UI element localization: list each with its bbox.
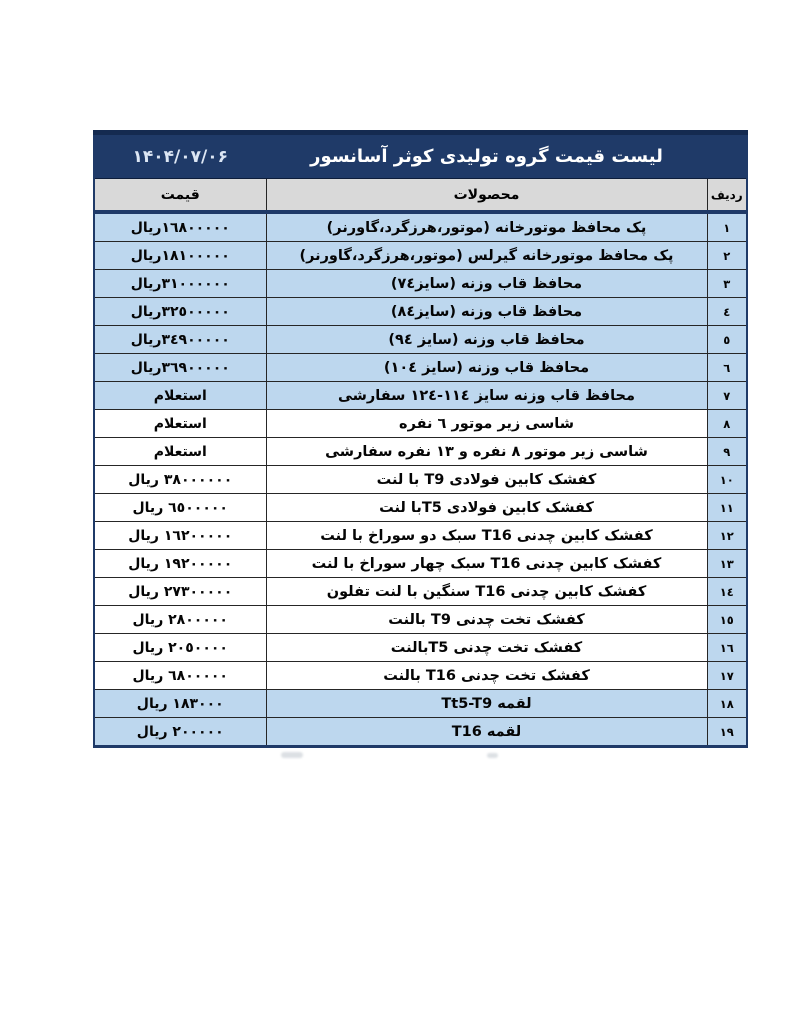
row-number-cell: ١٦ — [707, 634, 747, 662]
product-cell: کفشک تخت چدنی T9 بالنت — [266, 606, 707, 634]
product-cell: شاسی زیر موتور ٦ نفره — [266, 410, 707, 438]
price-cell: ٢٨٠٠٠٠٠ ریال — [94, 606, 266, 634]
table-row: ٢پک محافظ موتورخانه گیرلس (موتور،هرزگرد،… — [94, 242, 747, 270]
price-cell: ٣٤٩٠٠٠٠٠ریال — [94, 326, 266, 354]
product-cell: پک محافظ موتورخانه گیرلس (موتور،هرزگرد،گ… — [266, 242, 707, 270]
table-row: ١١کفشک کابین فولادی T5با لنت٦٥٠٠٠٠٠ ریال — [94, 494, 747, 522]
product-cell: کفشک تخت چدنی T16 بالنت — [266, 662, 707, 690]
row-number-cell: ١٧ — [707, 662, 747, 690]
table-row: ١٠کفشک کابین فولادی T9 با لنت٣٨٠٠٠٠٠٠ ری… — [94, 466, 747, 494]
price-cell: ١٨١٠٠٠٠٠ریال — [94, 242, 266, 270]
document-title: لیست قیمت گروه تولیدی کوثر آسانسور — [266, 133, 707, 179]
row-number-cell: ١٤ — [707, 578, 747, 606]
price-cell: ٣٨٠٠٠٠٠٠ ریال — [94, 466, 266, 494]
product-cell: محافظ قاب وزنه (سایز٨٤) — [266, 298, 707, 326]
table-row: ٨شاسی زیر موتور ٦ نفرهاستعلام — [94, 410, 747, 438]
price-cell: ٦٨٠٠٠٠٠ ریال — [94, 662, 266, 690]
table-row: ٧محافظ قاب وزنه سایز ١١٤-١٢٤ سفارشیاستعل… — [94, 382, 747, 410]
product-cell: محافظ قاب وزنه (سایز٧٤) — [266, 270, 707, 298]
product-cell: لقمه T16 — [266, 718, 707, 747]
product-cell: کفشک کابین چدنی T16 سبک دو سوراخ با لنت — [266, 522, 707, 550]
price-list-table: لیست قیمت گروه تولیدی کوثر آسانسور ۱۴۰۴/… — [93, 130, 748, 748]
row-number-cell: ١١ — [707, 494, 747, 522]
product-cell: محافظ قاب وزنه (سایز ١٠٤) — [266, 354, 707, 382]
row-number-cell: ١٨ — [707, 690, 747, 718]
product-cell: کفشک کابین چدنی T16 سبک چهار سوراخ با لن… — [266, 550, 707, 578]
table-row: ١٨لقمه Tt5-T9١٨٣٠٠٠ ریال — [94, 690, 747, 718]
price-cell: استعلام — [94, 438, 266, 466]
row-number-cell: ٥ — [707, 326, 747, 354]
price-cell: استعلام — [94, 410, 266, 438]
product-cell: محافظ قاب وزنه سایز ١١٤-١٢٤ سفارشی — [266, 382, 707, 410]
price-cell: ٢٠٥٠٠٠٠ ریال — [94, 634, 266, 662]
price-cell: ١٦٨٠٠٠٠٠ریال — [94, 212, 266, 242]
table-row: ١٩لقمه T16٢٠٠٠٠٠ ریال — [94, 718, 747, 747]
table-row: ١٣کفشک کابین چدنی T16 سبک چهار سوراخ با … — [94, 550, 747, 578]
row-number-cell: ٨ — [707, 410, 747, 438]
price-cell: ٦٥٠٠٠٠٠ ریال — [94, 494, 266, 522]
price-cell: ١٦٢٠٠٠٠٠ ریال — [94, 522, 266, 550]
price-list-date: ۱۴۰۴/۰۷/۰۶ — [94, 133, 266, 179]
column-header-price: قیمت — [94, 179, 266, 213]
row-number-cell: ٧ — [707, 382, 747, 410]
row-number-cell: ١٥ — [707, 606, 747, 634]
row-number-cell: ١ — [707, 212, 747, 242]
product-cell: شاسی زیر موتور ٨ نفره و ١٣ نفره سفارشی — [266, 438, 707, 466]
row-number-cell: ٣ — [707, 270, 747, 298]
row-number-cell: ١٩ — [707, 718, 747, 747]
price-cell: ٣٢٥٠٠٠٠٠ریال — [94, 298, 266, 326]
product-cell: پک محافظ موتورخانه (موتور،هرزگرد،گاورنر) — [266, 212, 707, 242]
row-number-cell: ٤ — [707, 298, 747, 326]
price-cell: ١٨٣٠٠٠ ریال — [94, 690, 266, 718]
table-row: ١پک محافظ موتورخانه (موتور،هرزگرد،گاورنر… — [94, 212, 747, 242]
table-row: ١٦کفشک تخت چدنی T5بالنت٢٠٥٠٠٠٠ ریال — [94, 634, 747, 662]
price-cell: استعلام — [94, 382, 266, 410]
product-cell: لقمه Tt5-T9 — [266, 690, 707, 718]
table-row: ١٧کفشک تخت چدنی T16 بالنت٦٨٠٠٠٠٠ ریال — [94, 662, 747, 690]
scan-artifact — [281, 752, 303, 758]
column-header-row-number: ردیف — [707, 179, 747, 213]
scan-artifact — [487, 753, 498, 758]
price-cell: ٣١٠٠٠٠٠٠ریال — [94, 270, 266, 298]
table-row: ٤محافظ قاب وزنه (سایز٨٤)٣٢٥٠٠٠٠٠ریال — [94, 298, 747, 326]
page: لیست قیمت گروه تولیدی کوثر آسانسور ۱۴۰۴/… — [0, 0, 789, 1024]
row-number-cell: ١٣ — [707, 550, 747, 578]
row-number-cell: ٢ — [707, 242, 747, 270]
product-cell: کفشک کابین فولادی T9 با لنت — [266, 466, 707, 494]
product-cell: محافظ قاب وزنه (سایز ٩٤) — [266, 326, 707, 354]
table-row: ٥محافظ قاب وزنه (سایز ٩٤)٣٤٩٠٠٠٠٠ریال — [94, 326, 747, 354]
title-band-corner — [707, 133, 747, 179]
price-cell: ٣٦٩٠٠٠٠٠ریال — [94, 354, 266, 382]
table-row: ٣محافظ قاب وزنه (سایز٧٤)٣١٠٠٠٠٠٠ریال — [94, 270, 747, 298]
table-row: ٩شاسی زیر موتور ٨ نفره و ١٣ نفره سفارشیا… — [94, 438, 747, 466]
table-row: ٦محافظ قاب وزنه (سایز ١٠٤)٣٦٩٠٠٠٠٠ریال — [94, 354, 747, 382]
row-number-cell: ٩ — [707, 438, 747, 466]
title-band: لیست قیمت گروه تولیدی کوثر آسانسور ۱۴۰۴/… — [94, 133, 747, 179]
price-cell: ١٩٢٠٠٠٠٠ ریال — [94, 550, 266, 578]
row-number-cell: ١٠ — [707, 466, 747, 494]
price-cell: ٢٠٠٠٠٠ ریال — [94, 718, 266, 747]
table-row: ١٤کفشک کابین چدنی T16 سنگین با لنت تفلون… — [94, 578, 747, 606]
price-cell: ٢٧٣٠٠٠٠٠ ریال — [94, 578, 266, 606]
column-header-row: ردیف محصولات قیمت — [94, 179, 747, 213]
product-cell: کفشک تخت چدنی T5بالنت — [266, 634, 707, 662]
price-table-body: ١پک محافظ موتورخانه (موتور،هرزگرد،گاورنر… — [94, 212, 747, 747]
row-number-cell: ٦ — [707, 354, 747, 382]
table-row: ١٢کفشک کابین چدنی T16 سبک دو سوراخ با لن… — [94, 522, 747, 550]
column-header-product: محصولات — [266, 179, 707, 213]
row-number-cell: ١٢ — [707, 522, 747, 550]
product-cell: کفشک کابین فولادی T5با لنت — [266, 494, 707, 522]
table-row: ١٥کفشک تخت چدنی T9 بالنت٢٨٠٠٠٠٠ ریال — [94, 606, 747, 634]
product-cell: کفشک کابین چدنی T16 سنگین با لنت تفلون — [266, 578, 707, 606]
